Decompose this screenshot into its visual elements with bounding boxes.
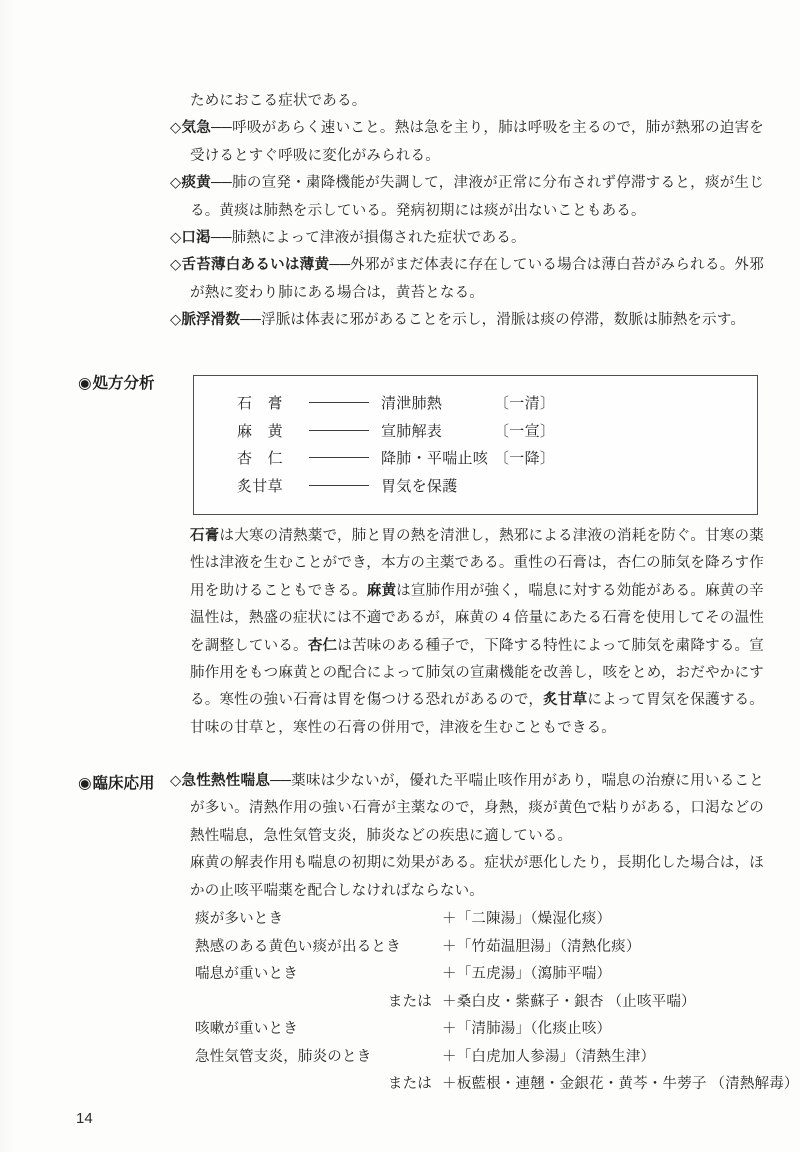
symptom-item-koukatsu: ◇口渇──肺熱によって津液が損傷された症状である。 — [170, 225, 764, 252]
symptom-text: ──浮脈は体表に邪があることを示し，滑脈は痰の停滞，数脈は肺熱を示す。 — [240, 312, 745, 328]
symptom-item-tanou: ◇痰黄──肺の宣発・粛降機能が失調して，津液が正常に分布されず停滞すると，痰が生… — [170, 170, 764, 225]
combination-row: または ＋桑白皮・紫蘇子・銀杏 （止咳平喘） — [195, 989, 764, 1017]
combo-addition: ＋「二陳湯」（燥湿化痰） — [442, 906, 764, 934]
herb-name: 杏 仁 — [237, 447, 309, 468]
combination-row: 咳嗽が重いとき ＋「清肺湯」（化痰止咳） — [195, 1016, 764, 1044]
combo-condition: 喘息が重いとき — [195, 961, 298, 989]
symptom-term: 脈浮滑数 — [181, 312, 240, 328]
clinical-item-body: 急性熱性喘息──薬味は少ないが，優れた平喘止咳作用があり，喘息の治療に用いること… — [181, 773, 764, 844]
connector-line — [309, 457, 369, 458]
combo-addition: ＋「清肺湯」（化痰止咳） — [442, 1016, 764, 1044]
herb-role-note: 〔一降〕 — [494, 447, 555, 468]
herb-name: 石 膏 — [237, 392, 309, 413]
combo-prefix — [432, 1016, 442, 1044]
symptom-text: ──肺の宣発・粛降機能が失調して，津液が正常に分布されず停滞すると，痰が生じる。… — [190, 175, 764, 218]
combination-row: 痰が多いとき ＋「二陳湯」（燥湿化痰） — [195, 906, 764, 934]
section-bullet-icon: ◉ — [78, 775, 92, 792]
combo-prefix — [432, 1044, 442, 1072]
document-page: ためにおこる症状である。 ◇気急──呼吸があらく速いこと。熱は急を主り，肺は呼吸… — [0, 0, 800, 1152]
formula-row: 石 膏 清泄肺熱 〔一清〕 — [194, 389, 757, 417]
herb-effect: 清泄肺熱 — [381, 392, 494, 413]
combo-condition: 痰が多いとき — [195, 906, 283, 934]
herb-role-note: 〔一宣〕 — [494, 420, 555, 441]
combo-addition: ＋桑白皮・紫蘇子・銀杏 （止咳平喘） — [442, 989, 764, 1017]
formula-analysis-box: 石 膏 清泄肺熱 〔一清〕 麻 黄 宣肺解表 〔一宣〕 杏 仁 降肺・平喘止咳 … — [193, 375, 758, 515]
symptom-item-myaku: ◇脈浮滑数──浮脈は体表に邪があることを示し，滑脈は痰の停滞，数脈は肺熱を示す。 — [170, 307, 764, 334]
herb-name: 麻 黄 — [237, 420, 309, 441]
diamond-bullet-icon: ◇ — [170, 773, 181, 789]
combination-row: または ＋板藍根・連翹・金銀花・黄芩・牛蒡子 （清熱解毒） — [195, 1071, 764, 1099]
formula-row: 麻 黄 宣肺解表 〔一宣〕 — [194, 417, 757, 445]
herb-effect: 胃気を保護 — [381, 475, 494, 496]
combo-condition: 熱感のある黄色い痰が出るとき — [195, 934, 401, 962]
formula-analysis-paragraph: 石膏は大寒の清熱薬で，肺と胃の熱を清泄し，熱邪による津液の消耗を防ぐ。甘寒の薬性… — [190, 523, 764, 742]
diamond-bullet-icon: ◇ — [170, 257, 181, 273]
carryover-line: ためにおこる症状である。 — [170, 88, 764, 115]
combo-condition: 急性気管支炎，肺炎のとき — [195, 1044, 371, 1072]
combination-row: 急性気管支炎，肺炎のとき ＋「白虎加人参湯」（清熱生津） — [195, 1044, 764, 1072]
combination-row: 熱感のある黄色い痰が出るとき ＋「竹茹温胆湯」（清熱化痰） — [195, 934, 764, 962]
clinical-paragraph-2: 麻黄の解表作用も喘息の初期に効果がある。症状が悪化したり，長期化した場合は，ほか… — [170, 850, 764, 905]
diamond-bullet-icon: ◇ — [170, 120, 181, 136]
clinical-application-section: ◇急性熱性喘息──薬味は少ないが，優れた平喘止咳作用があり，喘息の治療に用いるこ… — [170, 768, 764, 905]
connector-line — [309, 402, 369, 403]
diamond-bullet-icon: ◇ — [170, 230, 181, 246]
symptom-list-section: ためにおこる症状である。 ◇気急──呼吸があらく速いこと。熱は急を主り，肺は呼吸… — [170, 88, 764, 335]
section-heading-clinical-application: ◉臨床応用 — [78, 771, 155, 793]
section-heading-label: 処方分析 — [93, 375, 155, 392]
combination-row: 喘息が重いとき ＋「五虎湯」（瀉肺平喘） — [195, 961, 764, 989]
herb-role-note: 〔一清〕 — [494, 392, 555, 413]
page-number: 14 — [76, 1110, 93, 1127]
combo-prefix — [432, 906, 442, 934]
section-heading-label: 臨床応用 — [93, 775, 155, 792]
diamond-bullet-icon: ◇ — [170, 312, 181, 328]
symptom-item-zetsutai: ◇舌苔薄白あるいは薄黄──外邪がまだ体表に存在している場合は薄白苔がみられる。外… — [170, 252, 764, 307]
diamond-bullet-icon: ◇ — [170, 175, 181, 191]
herb-name: 炙甘草 — [237, 475, 309, 496]
combo-addition: ＋「白虎加人参湯」（清熱生津） — [442, 1044, 764, 1072]
symptom-text: ──肺熱によって津液が損傷された症状である。 — [211, 230, 526, 246]
symptom-term: 舌苔薄白あるいは薄黄 — [181, 257, 329, 273]
formula-row: 杏 仁 降肺・平喘止咳 〔一降〕 — [194, 444, 757, 472]
connector-line — [309, 485, 369, 486]
symptom-item-kikyuu: ◇気急──呼吸があらく速いこと。熱は急を主り，肺は呼吸を主るので，肺が熱邪の迫害… — [170, 115, 764, 170]
section-bullet-icon: ◉ — [78, 375, 92, 392]
symptom-term: 痰黄 — [181, 175, 211, 191]
herb-effect: 降肺・平喘止咳 — [381, 447, 494, 468]
combo-addition: ＋板藍根・連翹・金銀花・黄芩・牛蒡子 （清熱解毒） — [442, 1071, 799, 1099]
combo-prefix: または — [388, 989, 442, 1017]
section-heading-formula-analysis: ◉処方分析 — [78, 371, 155, 393]
clinical-item-asthma: ◇急性熱性喘息──薬味は少ないが，優れた平喘止咳作用があり，喘息の治療に用いるこ… — [170, 768, 764, 850]
symptom-term: 気急 — [181, 120, 211, 136]
combo-addition: ＋「五虎湯」（瀉肺平喘） — [442, 961, 764, 989]
herb-effect: 宣肺解表 — [381, 420, 494, 441]
combo-condition: 咳嗽が重いとき — [195, 1016, 298, 1044]
combo-addition: ＋「竹茹温胆湯」（清熱化痰） — [442, 934, 764, 962]
combo-prefix: または — [388, 1071, 442, 1099]
combination-list: 痰が多いとき ＋「二陳湯」（燥湿化痰） 熱感のある黄色い痰が出るとき ＋「竹茹温… — [195, 906, 764, 1099]
combo-prefix — [432, 961, 442, 989]
symptom-text: ──呼吸があらく速いこと。熱は急を主り，肺は呼吸を主るので，肺が熱邪の迫害を受け… — [190, 120, 764, 163]
connector-line — [309, 430, 369, 431]
combo-prefix — [432, 934, 442, 962]
symptom-term: 口渇 — [181, 230, 210, 246]
formula-row: 炙甘草 胃気を保護 — [194, 472, 757, 500]
